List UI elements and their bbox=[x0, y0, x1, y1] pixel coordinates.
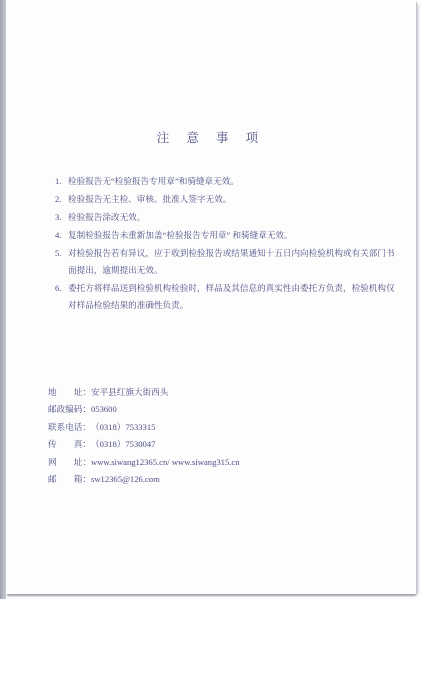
note-text: 检验报告涂改无效。 bbox=[68, 209, 401, 226]
contact-address: 地 址：安平县红旗大街西头 bbox=[48, 384, 378, 401]
contact-label: 邮 箱： bbox=[48, 471, 91, 488]
page-title: 注 意 事 项 bbox=[6, 128, 416, 146]
contact-phone: 联系电话：（0318）7533315 bbox=[48, 419, 378, 436]
contact-value: sw12365@126.com bbox=[91, 471, 160, 488]
note-item-3: 3. 检验报告涂改无效。 bbox=[55, 209, 401, 226]
contact-label: 邮政编码： bbox=[48, 401, 91, 418]
contact-fax: 传 真：（0318）7530047 bbox=[48, 436, 378, 453]
note-number: 3. bbox=[55, 209, 68, 226]
note-text: 对检验报告若有异议，应于收到检验报告或结果通知十五日内向检验机构或有关部门书面提… bbox=[68, 245, 401, 280]
note-item-5: 5. 对检验报告若有异议，应于收到检验报告或结果通知十五日内向检验机构或有关部门… bbox=[55, 245, 401, 280]
contact-label: 网 址： bbox=[48, 454, 91, 471]
note-number: 4. bbox=[55, 227, 68, 244]
scanned-notice-page: { "document": { "title": "注 意 事 项", "not… bbox=[0, 0, 424, 700]
note-text: 复制检验报告未重新加盖“检验报告专用章” 和骑缝章无效。 bbox=[68, 227, 401, 244]
contact-value: （0318）7533315 bbox=[91, 419, 155, 436]
contact-email: 邮 箱：sw12365@126.com bbox=[48, 471, 378, 488]
note-text: 委托方将样品送到检验机构检验时，样品及其信息的真实性由委托方负责，检验机构仅对样… bbox=[68, 280, 401, 315]
contact-postcode: 邮政编码：053600 bbox=[48, 401, 378, 418]
contact-label: 传 真： bbox=[48, 436, 91, 453]
contact-value: 安平县红旗大街西头 bbox=[91, 384, 168, 401]
note-number: 2. bbox=[55, 191, 68, 208]
note-item-1: 1. 检验报告无“检验报告专用章”和骑缝章无效。 bbox=[55, 173, 401, 190]
contact-label: 联系电话： bbox=[48, 419, 91, 436]
contact-value: （0318）7530047 bbox=[91, 436, 155, 453]
note-number: 5. bbox=[55, 245, 68, 280]
note-item-2: 2. 检验报告无主检、审核、批准人签字无效。 bbox=[55, 191, 401, 208]
note-text: 检验报告无“检验报告专用章”和骑缝章无效。 bbox=[68, 173, 401, 190]
notes-list: 1. 检验报告无“检验报告专用章”和骑缝章无效。 2. 检验报告无主检、审核、批… bbox=[55, 173, 401, 315]
contact-value: www.siwang12365.cn/ www.siwang315.cn bbox=[91, 454, 240, 471]
document-page: 注 意 事 项 1. 检验报告无“检验报告专用章”和骑缝章无效。 2. 检验报告… bbox=[6, 2, 417, 594]
note-text: 检验报告无主检、审核、批准人签字无效。 bbox=[68, 191, 401, 208]
document-content: 注 意 事 项 1. 检验报告无“检验报告专用章”和骑缝章无效。 2. 检验报告… bbox=[6, 2, 416, 594]
note-number: 1. bbox=[55, 173, 68, 190]
contact-info-block: 地 址：安平县红旗大街西头 邮政编码：053600 联系电话：（0318）753… bbox=[48, 384, 378, 488]
contact-website: 网 址：www.siwang12365.cn/ www.siwang315.cn bbox=[48, 454, 378, 471]
contact-label: 地 址： bbox=[48, 384, 91, 401]
note-number: 6. bbox=[55, 280, 68, 315]
note-item-6: 6. 委托方将样品送到检验机构检验时，样品及其信息的真实性由委托方负责，检验机构… bbox=[55, 280, 401, 315]
contact-value: 053600 bbox=[91, 401, 117, 418]
note-item-4: 4. 复制检验报告未重新加盖“检验报告专用章” 和骑缝章无效。 bbox=[55, 227, 401, 244]
